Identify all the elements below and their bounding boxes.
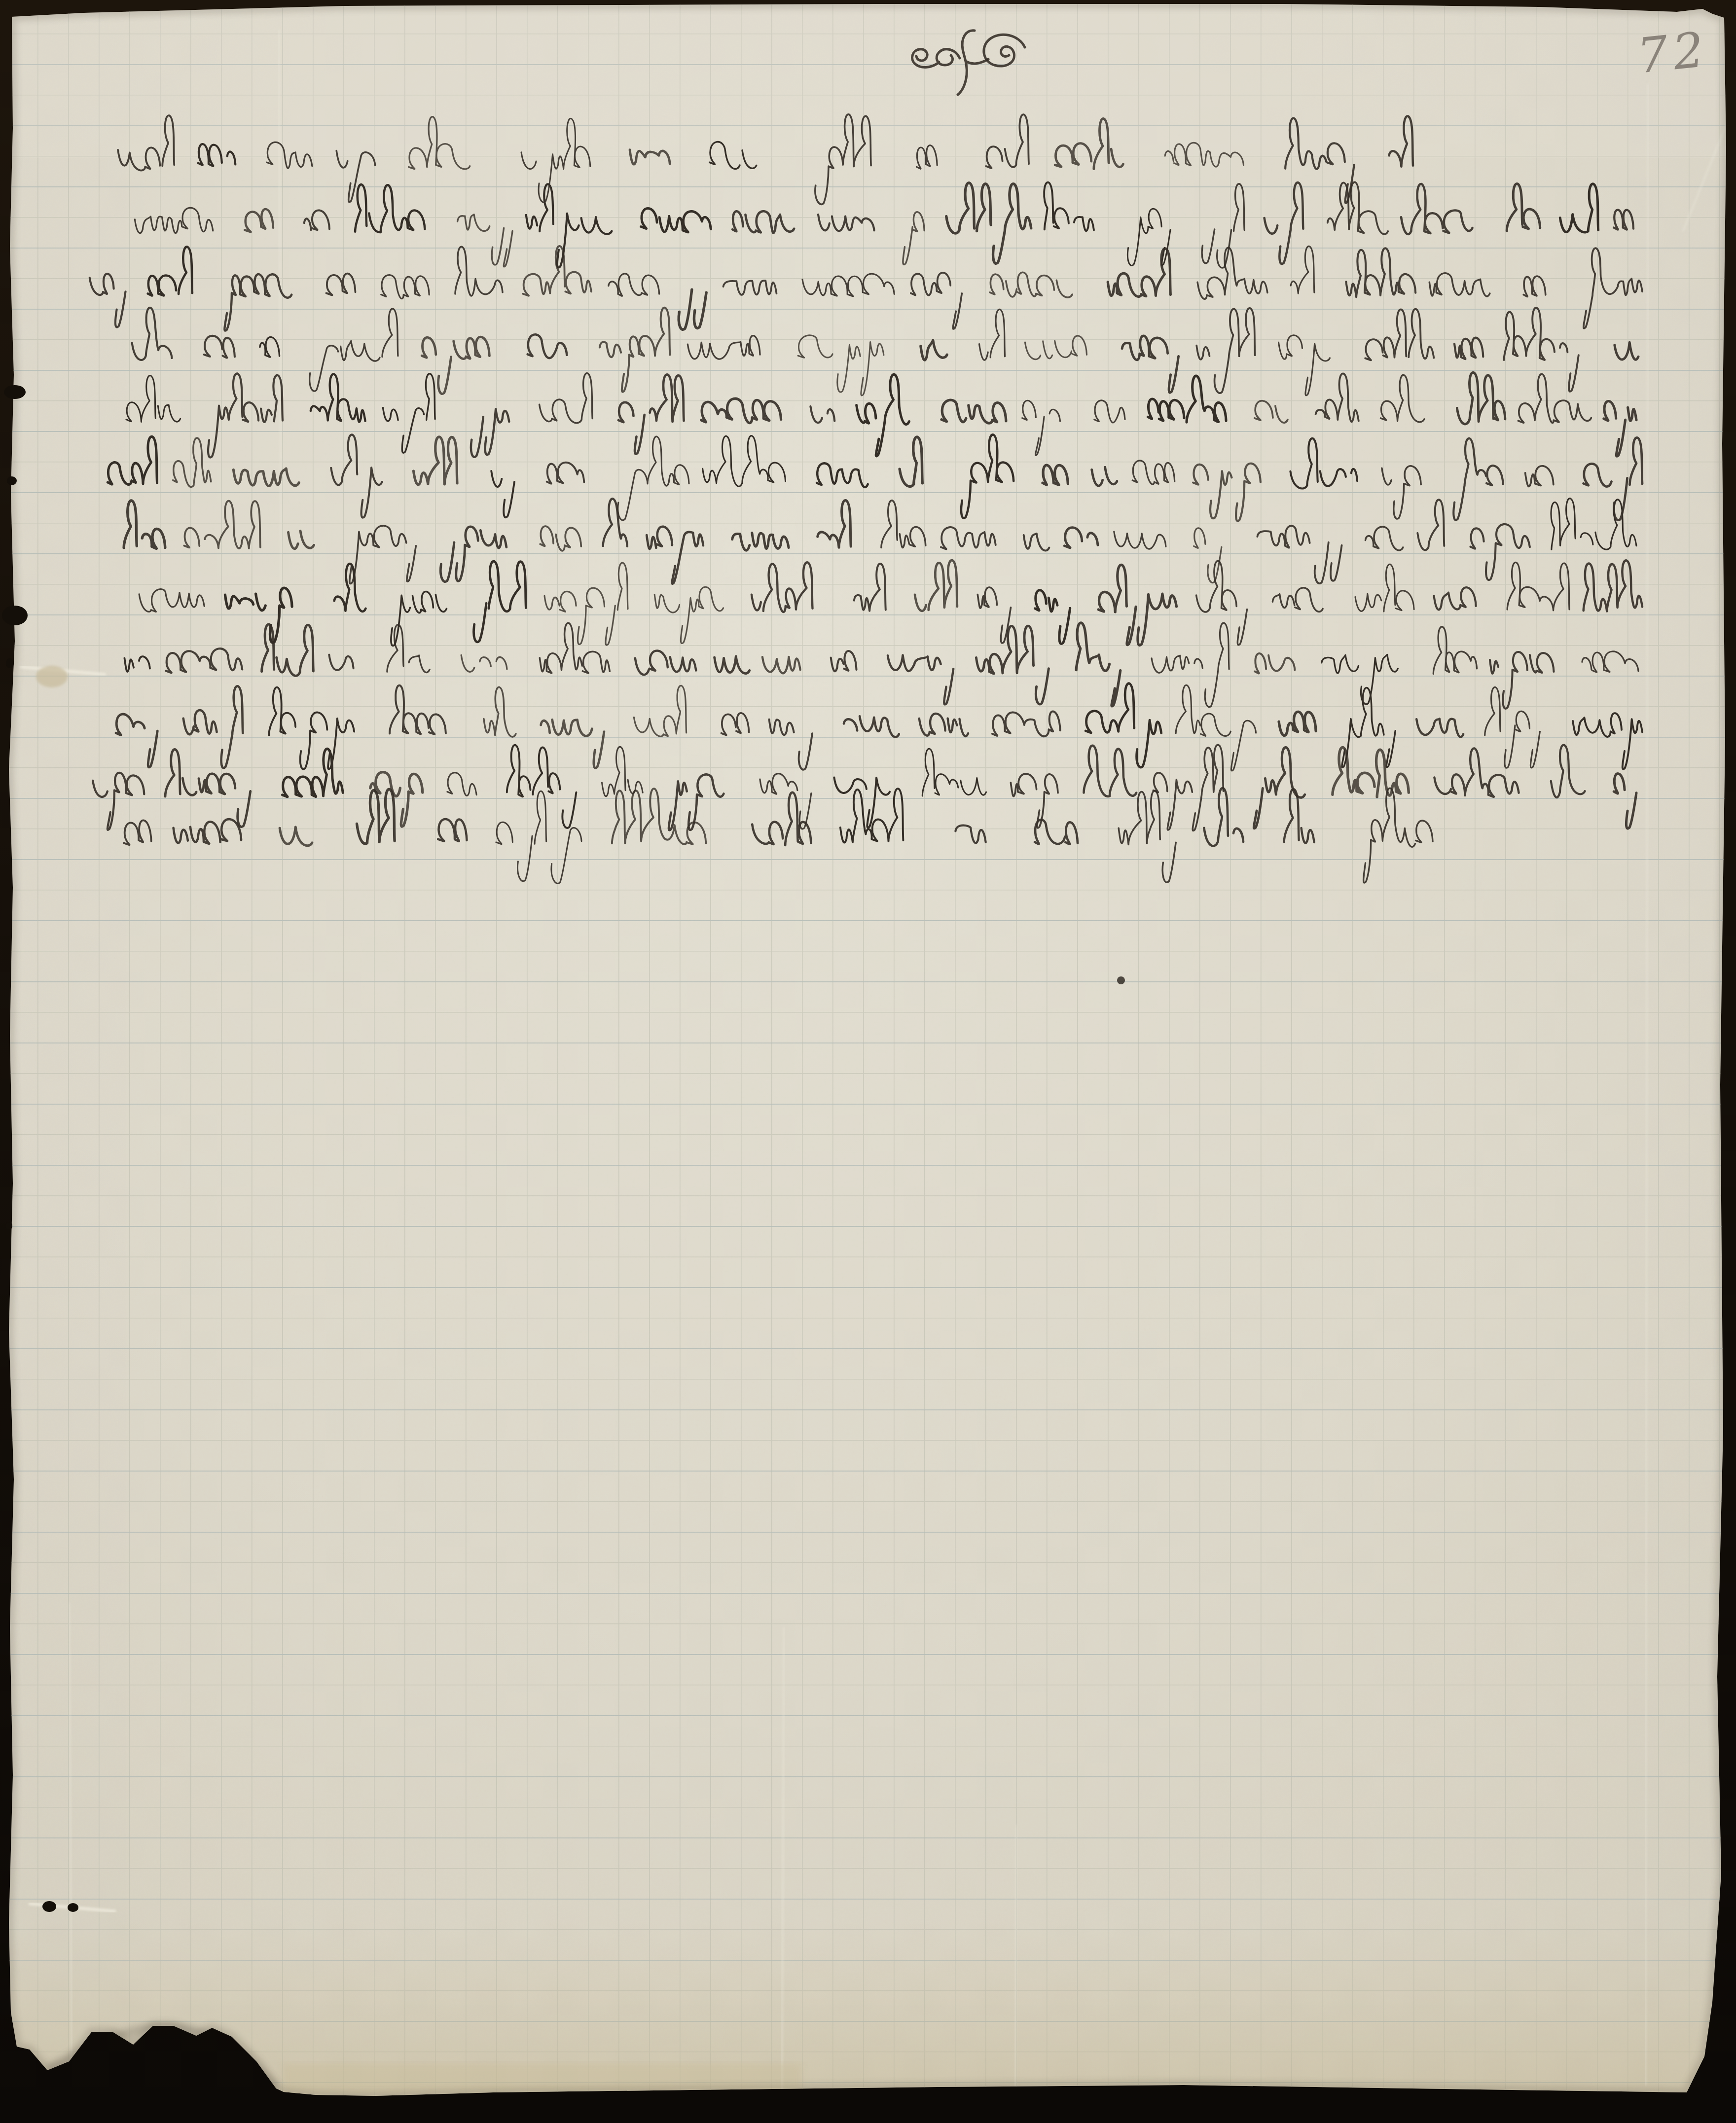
stray-ink-dot [1117,976,1125,984]
wormhole [2,606,28,625]
wormhole [7,476,17,485]
wormhole [6,658,14,668]
wormhole [5,1222,12,1230]
paper-stain [36,666,68,687]
top-glare [0,0,1736,158]
wormhole [68,1903,78,1912]
scanned-page: 72 [0,0,1736,2123]
page-number: 72 [1635,21,1712,85]
wormhole [4,385,26,399]
paper-grain-texture [0,0,1736,2123]
wormhole [42,1901,56,1912]
